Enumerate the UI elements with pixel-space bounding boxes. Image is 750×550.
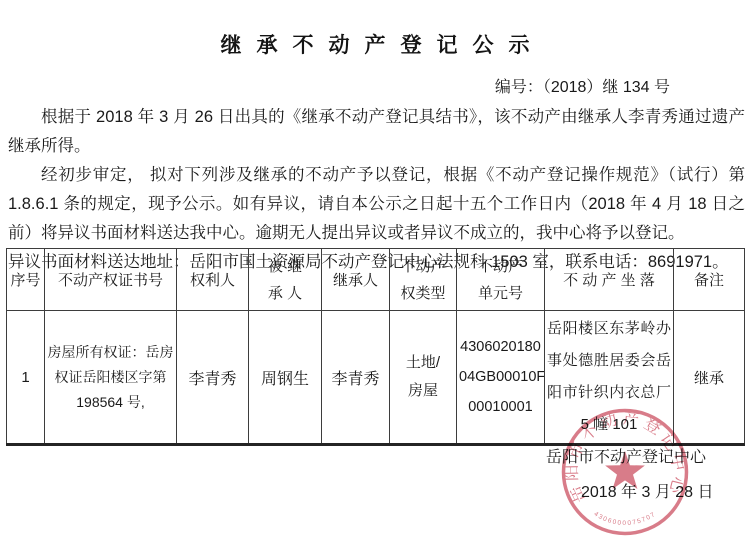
cell-unit-no: 4306020180 04GB00010F 00010001 — [457, 311, 545, 445]
cell-remark: 继承 — [674, 311, 745, 445]
table-row: 1 房屋所有权证：岳房权证岳阳楼区字第198564 号, 李青秀 周钢生 李青秀… — [7, 311, 745, 445]
col-header-location: 不 动 产 坐 落 — [545, 249, 674, 311]
cell-cert-no: 房屋所有权证：岳房权证岳阳楼区字第198564 号, — [45, 311, 177, 445]
cell-heir: 李青秀 — [322, 311, 390, 445]
cell-right-type: 土地/ 房屋 — [390, 311, 457, 445]
col-header-cert-no: 不动产权证书号 — [45, 249, 177, 311]
svg-text:4306000075707: 4306000075707 — [593, 511, 658, 527]
col-header-seq: 序号 — [7, 249, 45, 311]
cell-seq: 1 — [7, 311, 45, 445]
doc-number: 编号：（2018）继 134 号 — [0, 74, 670, 97]
cell-unit-no-line3: 00010001 — [459, 392, 542, 422]
cell-unit-no-line1: 4306020180 — [459, 332, 542, 362]
cell-right-type-line1: 土地/ — [392, 349, 454, 377]
notice-paragraph-review: 经初步审定， 拟对下列涉及继承的不动产予以登记，根据《不动产登记操作规范》（试行… — [8, 161, 745, 248]
col-header-unit-no-line2: 单元号 — [459, 280, 542, 307]
cell-location-main: 岳阳楼区东茅岭办事处德胜居委会岳阳市针织内衣总厂 — [547, 313, 671, 409]
cell-unit-no-line2: 04GB00010F — [459, 362, 542, 392]
col-header-holder: 权利人 — [177, 249, 249, 311]
registry-table: 序号 不动产权证书号 权利人 被 继 承 人 继承人 不动产 权类型 — [6, 248, 745, 446]
col-header-right-type: 不动产 权类型 — [390, 249, 457, 311]
col-header-heir: 继承人 — [322, 249, 390, 311]
cell-location-last: 5 幢 101 — [547, 409, 671, 441]
col-header-right-type-line1: 不动产 — [392, 253, 454, 280]
col-header-decedent-line1: 被 继 — [251, 253, 319, 280]
footer-date: 2018 年 3 月 28 日 — [581, 479, 714, 502]
col-header-decedent-line2: 承 人 — [251, 280, 319, 307]
cell-decedent: 周钢生 — [249, 311, 322, 445]
notice-document: 继承不动产登记公示 编号：（2018）继 134 号 根据于 2018 年 3 … — [0, 0, 750, 550]
cell-location: 岳阳楼区东茅岭办事处德胜居委会岳阳市针织内衣总厂 5 幢 101 — [545, 311, 674, 445]
col-header-remark: 备注 — [674, 249, 745, 311]
seal-code: 4306000075707 — [593, 511, 658, 527]
col-header-decedent: 被 继 承 人 — [249, 249, 322, 311]
cell-holder: 李青秀 — [177, 311, 249, 445]
col-header-right-type-line2: 权类型 — [392, 280, 454, 307]
footer-org-name: 岳阳市不动产登记中心 — [546, 444, 706, 467]
cell-right-type-line2: 房屋 — [392, 377, 454, 405]
col-header-unit-no: 不动产 单元号 — [457, 249, 545, 311]
notice-paragraph-basis: 根据于 2018 年 3 月 26 日出具的《继承不动产登记具结书》，该不动产由… — [8, 103, 745, 161]
table-header-row: 序号 不动产权证书号 权利人 被 继 承 人 继承人 不动产 权类型 — [7, 249, 745, 311]
page-title: 继承不动产登记公示 — [0, 29, 750, 59]
col-header-unit-no-line1: 不动产 — [459, 253, 542, 280]
